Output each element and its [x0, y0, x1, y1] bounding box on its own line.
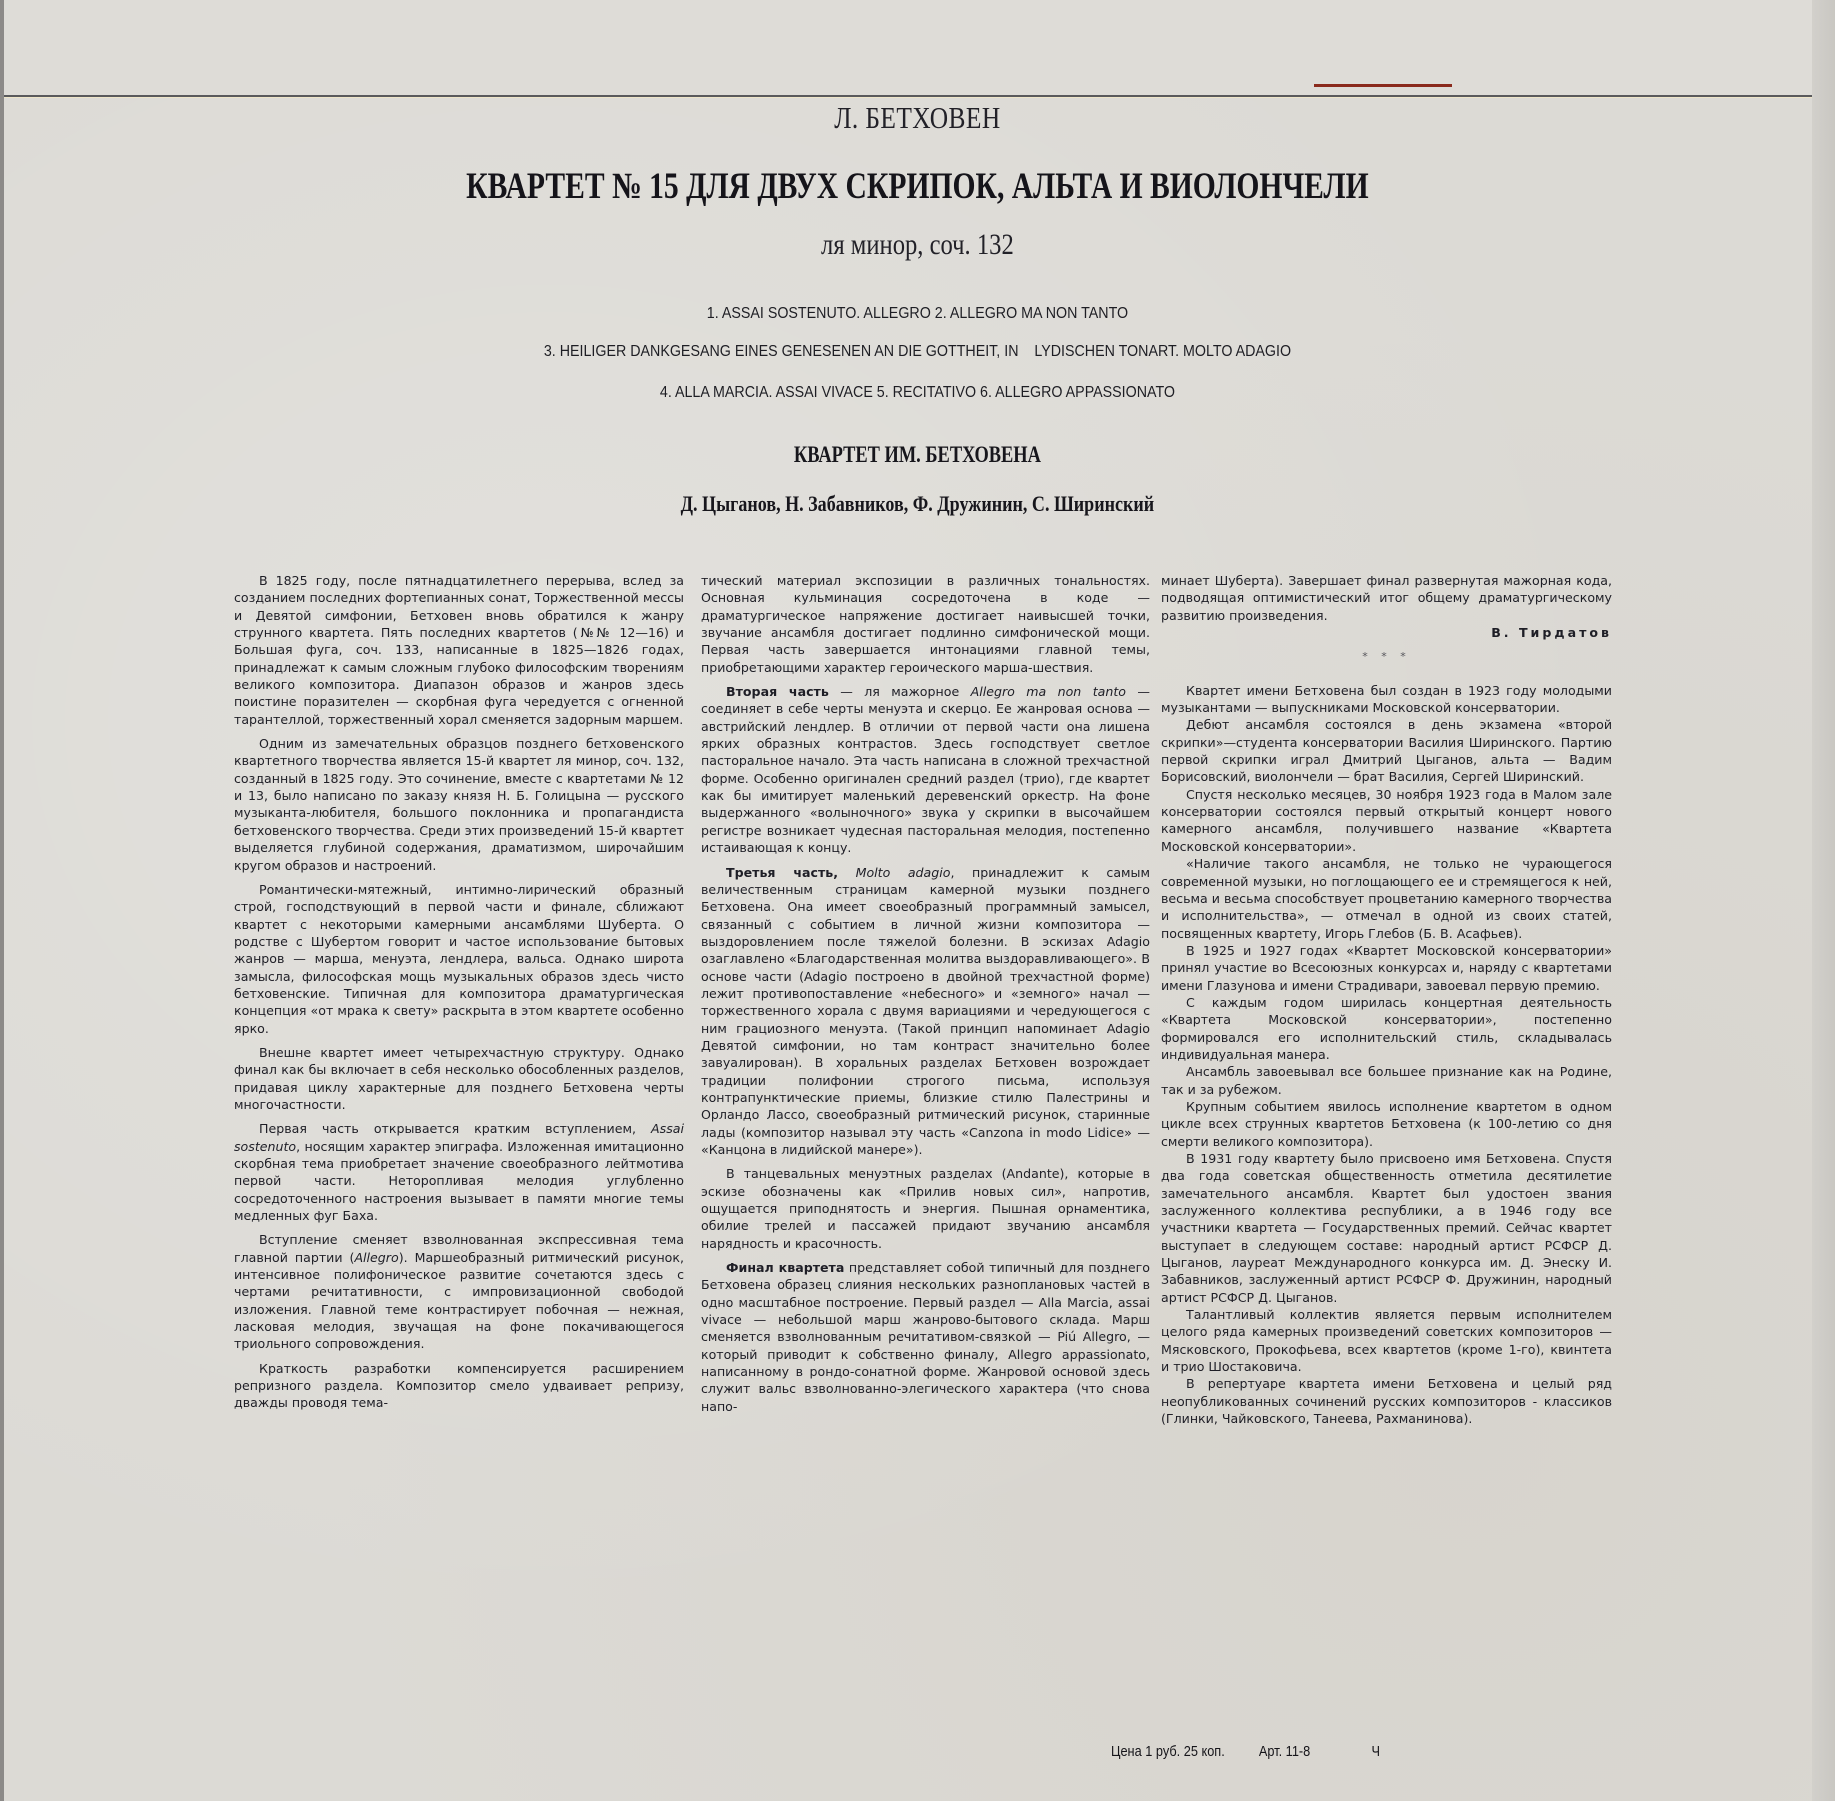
- work-title: КВАРТЕТ № 15 ДЛЯ ДВУХ СКРИПОК, АЛЬТА И В…: [183, 165, 1651, 208]
- paragraph: В репертуаре квартета имени Бетховена и …: [1161, 1375, 1612, 1427]
- price-label: Цена 1 руб. 25 коп.: [1111, 1744, 1259, 1760]
- paragraph: Внешне квартет имеет четырехчастную стру…: [234, 1044, 684, 1113]
- paragraph: минает Шуберта). Завершает финал разверн…: [1161, 572, 1612, 624]
- paragraph: Талантливый коллектив является первым ис…: [1161, 1306, 1612, 1375]
- movement-list-line-3: 4. Alla marcia. Assai vivace 5. Recitati…: [73, 384, 1761, 402]
- sleeve-flap: [0, 0, 1812, 97]
- paragraph: Вторая часть — ля мажорное Allegro ma no…: [701, 683, 1150, 856]
- italic-term: Allegro: [354, 1250, 398, 1265]
- text-run: — соединяет в себе черты менуэта и скерц…: [701, 684, 1150, 855]
- paragraph: В танцевальных менуэтных разделах (Andan…: [701, 1165, 1150, 1252]
- section-heading-second-movement: Вторая часть: [726, 684, 829, 699]
- print-mark: Ч: [1371, 1744, 1380, 1760]
- section-separator: * * *: [1161, 648, 1612, 665]
- text-run: Первая часть открывается кратким вступле…: [259, 1121, 651, 1136]
- text-run: , носящим характер эпиграфа. Изложенная …: [234, 1139, 684, 1223]
- paragraph: Финал квартета представляет собой типичн…: [701, 1259, 1150, 1415]
- paragraph: Третья часть, Molto adagio, принадлежит …: [701, 864, 1150, 1159]
- paragraph: В 1931 году квартету было присвоено имя …: [1161, 1150, 1612, 1306]
- footer-imprint: Цена 1 руб. 25 коп. Арт. 11-8 Ч: [1111, 1744, 1380, 1760]
- text-run: — ля мажорное: [829, 684, 971, 699]
- paragraph: Спустя несколько месяцев, 30 ноября 1923…: [1161, 786, 1612, 855]
- italic-term: Allegro ma non tanto: [971, 684, 1126, 699]
- italic-term: Molto adagio: [838, 865, 950, 880]
- paragraph: В 1925 и 1927 годах «Квартет Московской …: [1161, 942, 1612, 994]
- article-number: Арт. 11-8: [1259, 1744, 1372, 1760]
- liner-notes-column-3: минает Шуберта). Завершает финал разверн…: [1161, 572, 1612, 1428]
- paragraph: Крупным событием явилось исполнение квар…: [1161, 1098, 1612, 1150]
- section-heading-finale: Финал квартета: [726, 1260, 844, 1275]
- flap-red-strip: [1314, 84, 1452, 87]
- paragraph: В 1825 году, после пятнадцатилетнего пер…: [234, 572, 684, 728]
- movement-list-line-2: 3. Heiliger Dankgesang eines Genesenen a…: [73, 343, 1761, 361]
- paragraph: Ансамбль завоевывал все большее признани…: [1161, 1063, 1612, 1098]
- paragraph: Романтически-мятежный, интимно-лирически…: [234, 881, 684, 1037]
- paragraph: Одним из замечательных образцов позднего…: [234, 735, 684, 874]
- movement-list-line-1: 1. Assai sostenuto. Allegro 2. Allegro m…: [73, 305, 1761, 323]
- work-subtitle: ля минор, соч. 132: [165, 228, 1670, 262]
- text-run: , принадлежит к самым величественным стр…: [701, 865, 1150, 1158]
- paragraph: С каждым годом ширилась концертная деяте…: [1161, 994, 1612, 1063]
- composer-name: Л. БЕТХОВЕН: [165, 100, 1670, 136]
- section-heading-third-movement: Третья часть,: [726, 865, 838, 880]
- liner-notes-column-2: тический материал экспозиции в различных…: [701, 572, 1150, 1422]
- paragraph: Дебют ансамбля состоялся в день экзамена…: [1161, 716, 1612, 785]
- sleeve-left-edge: [0, 0, 4, 1801]
- performers-list: Д. Цыганов, Н. Забавников, Ф. Дружинин, …: [165, 491, 1670, 517]
- ensemble-name: КВАРТЕТ ИМ. БЕТХОВЕНА: [183, 442, 1651, 468]
- paragraph: тический материал экспозиции в различных…: [701, 572, 1150, 676]
- author-signature: В. Тирдатов: [1161, 624, 1612, 641]
- sleeve-right-edge: [1812, 0, 1835, 1801]
- paragraph: «Наличие такого ансамбля, не только не ч…: [1161, 855, 1612, 942]
- paragraph: Краткость разработки компенсируется расш…: [234, 1360, 684, 1412]
- paragraph: Вступление сменяет взволнованная экспрес…: [234, 1231, 684, 1352]
- paragraph: Первая часть открывается кратким вступле…: [234, 1120, 684, 1224]
- text-run: представляет собой типичный для позднего…: [701, 1260, 1150, 1414]
- liner-notes-column-1: В 1825 году, после пятнадцатилетнего пер…: [234, 572, 684, 1419]
- record-sleeve-back: Л. БЕТХОВЕН КВАРТЕТ № 15 ДЛЯ ДВУХ СКРИПО…: [0, 0, 1835, 1801]
- paragraph: Квартет имени Бетховена был создан в 192…: [1161, 682, 1612, 717]
